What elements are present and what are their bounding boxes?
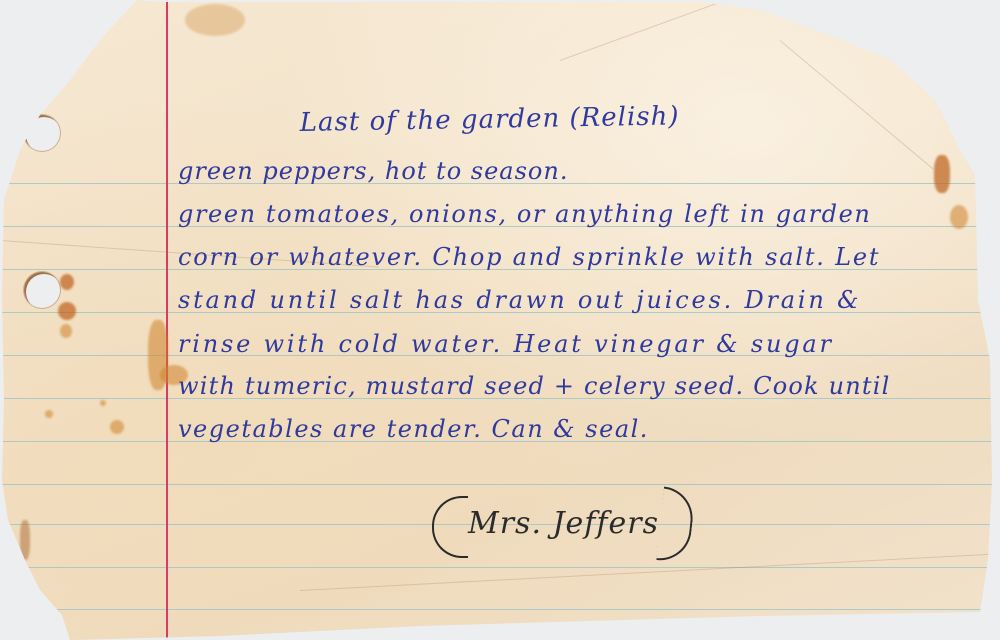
stain xyxy=(20,520,30,560)
ruled-line xyxy=(0,609,1000,610)
recipe-line: rinse with cold water. Heat vinegar & su… xyxy=(178,330,834,358)
signature-open-paren xyxy=(432,496,468,558)
notebook-paper: Last of the garden (Relish) green pepper… xyxy=(0,0,1000,640)
recipe-title: Last of the garden (Relish) xyxy=(299,101,679,138)
paper-crease xyxy=(560,0,842,61)
stain xyxy=(60,274,74,290)
punch-hole xyxy=(24,272,60,308)
margin-line xyxy=(166,0,168,640)
stain xyxy=(60,324,72,338)
recipe-line: corn or whatever. Chop and sprinkle with… xyxy=(178,243,880,271)
stain xyxy=(100,400,106,406)
stain xyxy=(45,410,53,418)
recipe-line: green peppers, hot to season. xyxy=(178,157,568,185)
recipe-line: with tumeric, mustard seed + celery seed… xyxy=(178,372,891,400)
stain xyxy=(185,4,245,36)
signature: Mrs. Jeffers xyxy=(432,494,692,564)
stain xyxy=(950,205,968,229)
punch-hole xyxy=(24,115,60,151)
stain xyxy=(934,155,950,193)
recipe-line: green tomatoes, onions, or anything left… xyxy=(178,200,872,228)
signature-name: Mrs. Jeffers xyxy=(468,506,659,541)
ruled-line xyxy=(0,484,1000,485)
recipe-line: vegetables are tender. Can & seal. xyxy=(178,415,649,443)
stain xyxy=(110,420,124,434)
signature-close-paren xyxy=(656,487,696,564)
ruled-line xyxy=(0,567,1000,568)
recipe-line: stand until salt has drawn out juices. D… xyxy=(178,286,861,314)
stain xyxy=(58,302,76,320)
paper-crease xyxy=(780,40,934,169)
